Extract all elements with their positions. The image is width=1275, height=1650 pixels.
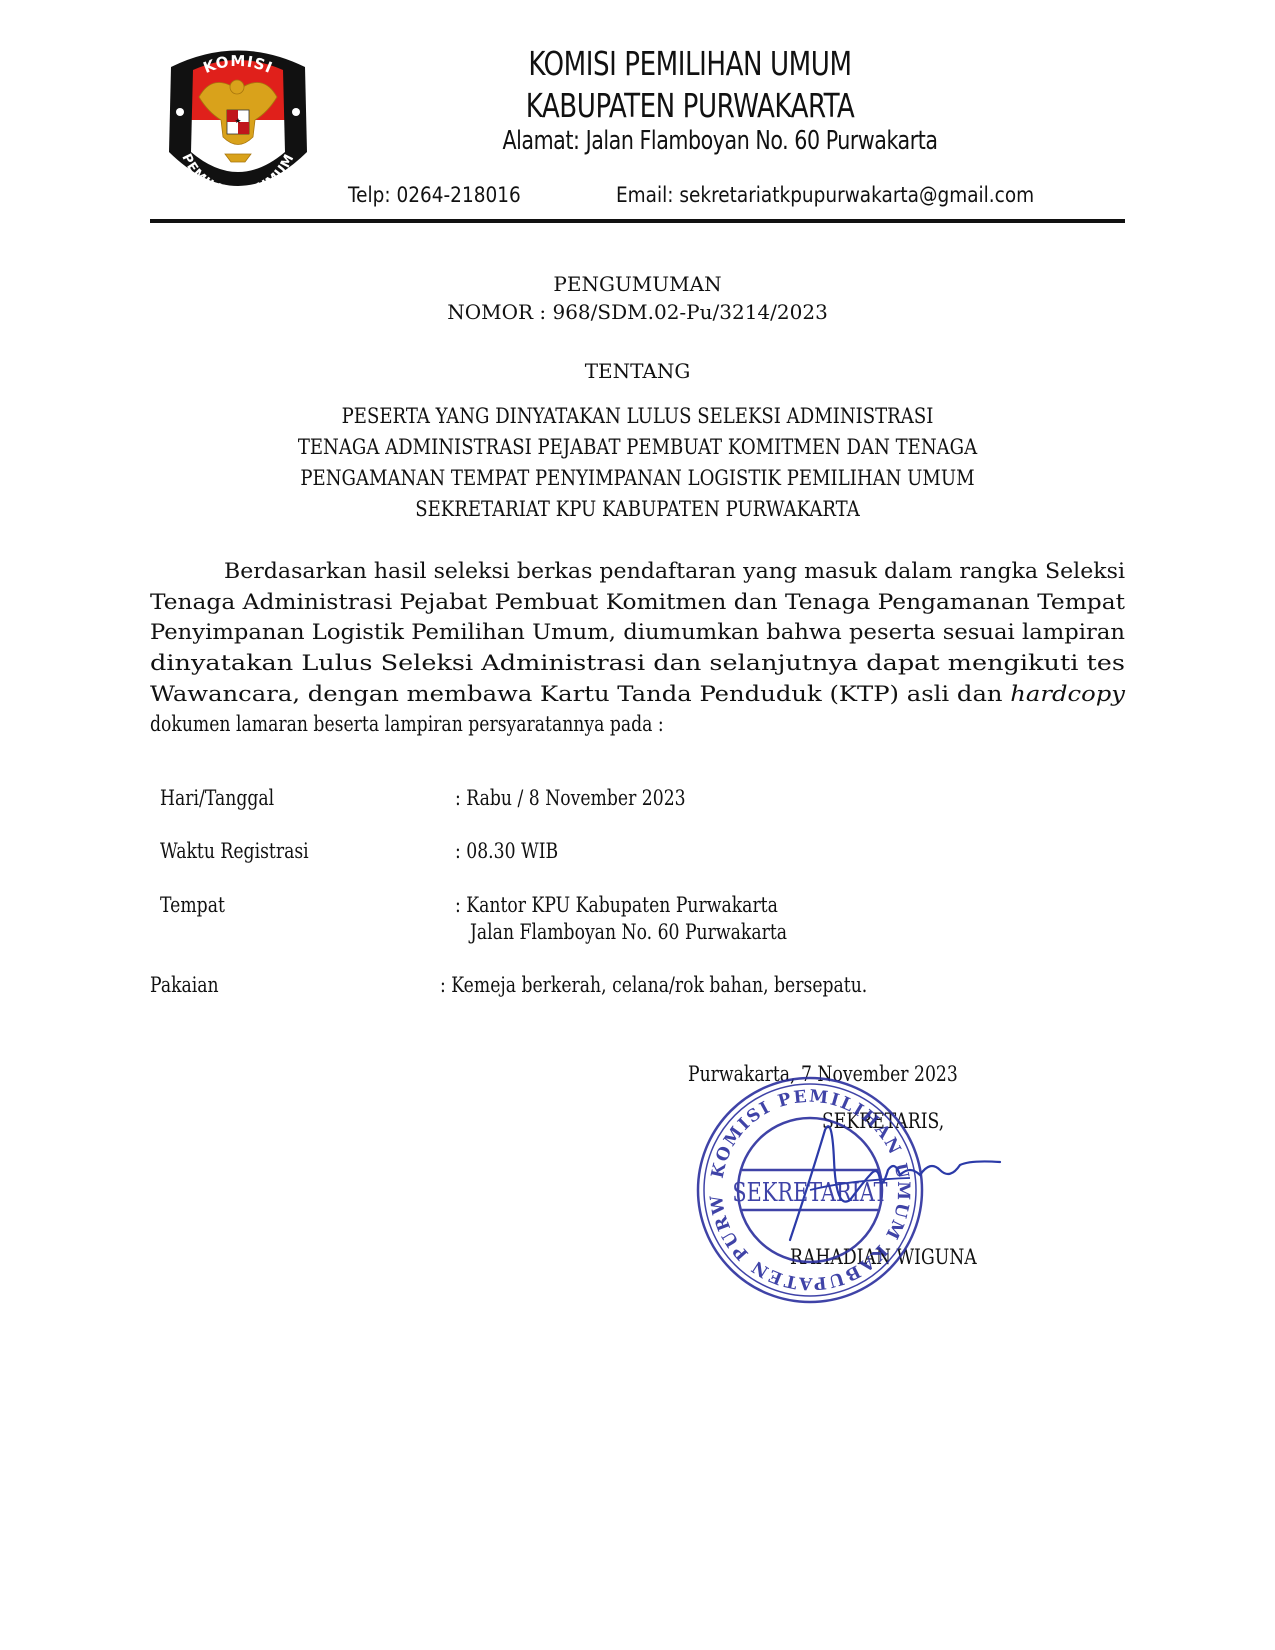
subject-line: PENGAMANAN TEMPAT PENYIMPANAN LOGISTIK P… — [218, 466, 1057, 490]
body-line: Penyimpanan Logistik Pemilihan Umum, diu… — [150, 617, 1125, 648]
subject-line: TENAGA ADMINISTRASI PEJABAT PEMBUAT KOMI… — [218, 435, 1057, 459]
org-name-line2: KABUPATEN PURWAKARTA — [373, 86, 1007, 125]
body-line-with-italic: Wawancara, dengan membawa Kartu Tanda Pe… — [150, 679, 1125, 710]
letterhead-divider — [150, 219, 1125, 223]
italic-word: hardcopy — [1010, 682, 1125, 706]
org-email: Email: sekretariatkpupurwakarta@gmail.co… — [616, 183, 1034, 207]
detail-value-dress: : Kemeja berkerah, celana/rok bahan, ber… — [440, 973, 867, 997]
handwritten-signature — [770, 1120, 1030, 1250]
detail-value-date: : Rabu / 8 November 2023 — [455, 786, 686, 810]
announcement-title: PENGUMUMAN — [150, 272, 1125, 296]
subject-line: SEKRETARIAT KPU KABUPATEN PURWAKARTA — [218, 497, 1057, 521]
signature-scribble-icon — [770, 1120, 1030, 1250]
org-name-line1: KOMISI PEMILIHAN UMUM — [373, 44, 1007, 83]
body-line: Berdasarkan hasil seleksi berkas pendaft… — [150, 556, 1125, 587]
org-address: Alamat: Jalan Flamboyan No. 60 Purwakart… — [403, 126, 1037, 156]
kpu-garuda-emblem-icon: KOMISI PEMILIHAN UMUM — [163, 42, 313, 207]
announcement-about: TENTANG — [150, 359, 1125, 383]
subject-line: PESERTA YANG DINYATAKAN LULUS SELEKSI AD… — [218, 404, 1057, 428]
detail-label-date: Hari/Tanggal — [160, 786, 274, 810]
detail-label-place: Tempat — [160, 893, 225, 917]
detail-value-time: : 08.30 WIB — [455, 839, 558, 863]
body-line: dokumen lamaran beserta lampiran persyar… — [150, 709, 1125, 740]
body-line: Wawancara, dengan membawa Kartu Tanda Pe… — [150, 682, 1003, 706]
detail-value-place-line2: Jalan Flamboyan No. 60 Purwakarta — [470, 920, 787, 944]
announcement-number: NOMOR : 968/SDM.02-Pu/3214/2023 — [150, 300, 1125, 324]
kpu-logo: KOMISI PEMILIHAN UMUM — [163, 42, 313, 207]
detail-value-place: : Kantor KPU Kabupaten Purwakarta — [455, 893, 778, 917]
body-paragraph: Berdasarkan hasil seleksi berkas pendaft… — [150, 556, 1125, 740]
detail-label-time: Waktu Registrasi — [160, 839, 309, 863]
org-phone: Telp: 0264-218016 — [348, 183, 521, 207]
body-line: dinyatakan Lulus Seleksi Administrasi da… — [150, 648, 1125, 679]
body-line: Tenaga Administrasi Pejabat Pembuat Komi… — [150, 587, 1125, 618]
detail-label-dress: Pakaian — [150, 973, 219, 997]
